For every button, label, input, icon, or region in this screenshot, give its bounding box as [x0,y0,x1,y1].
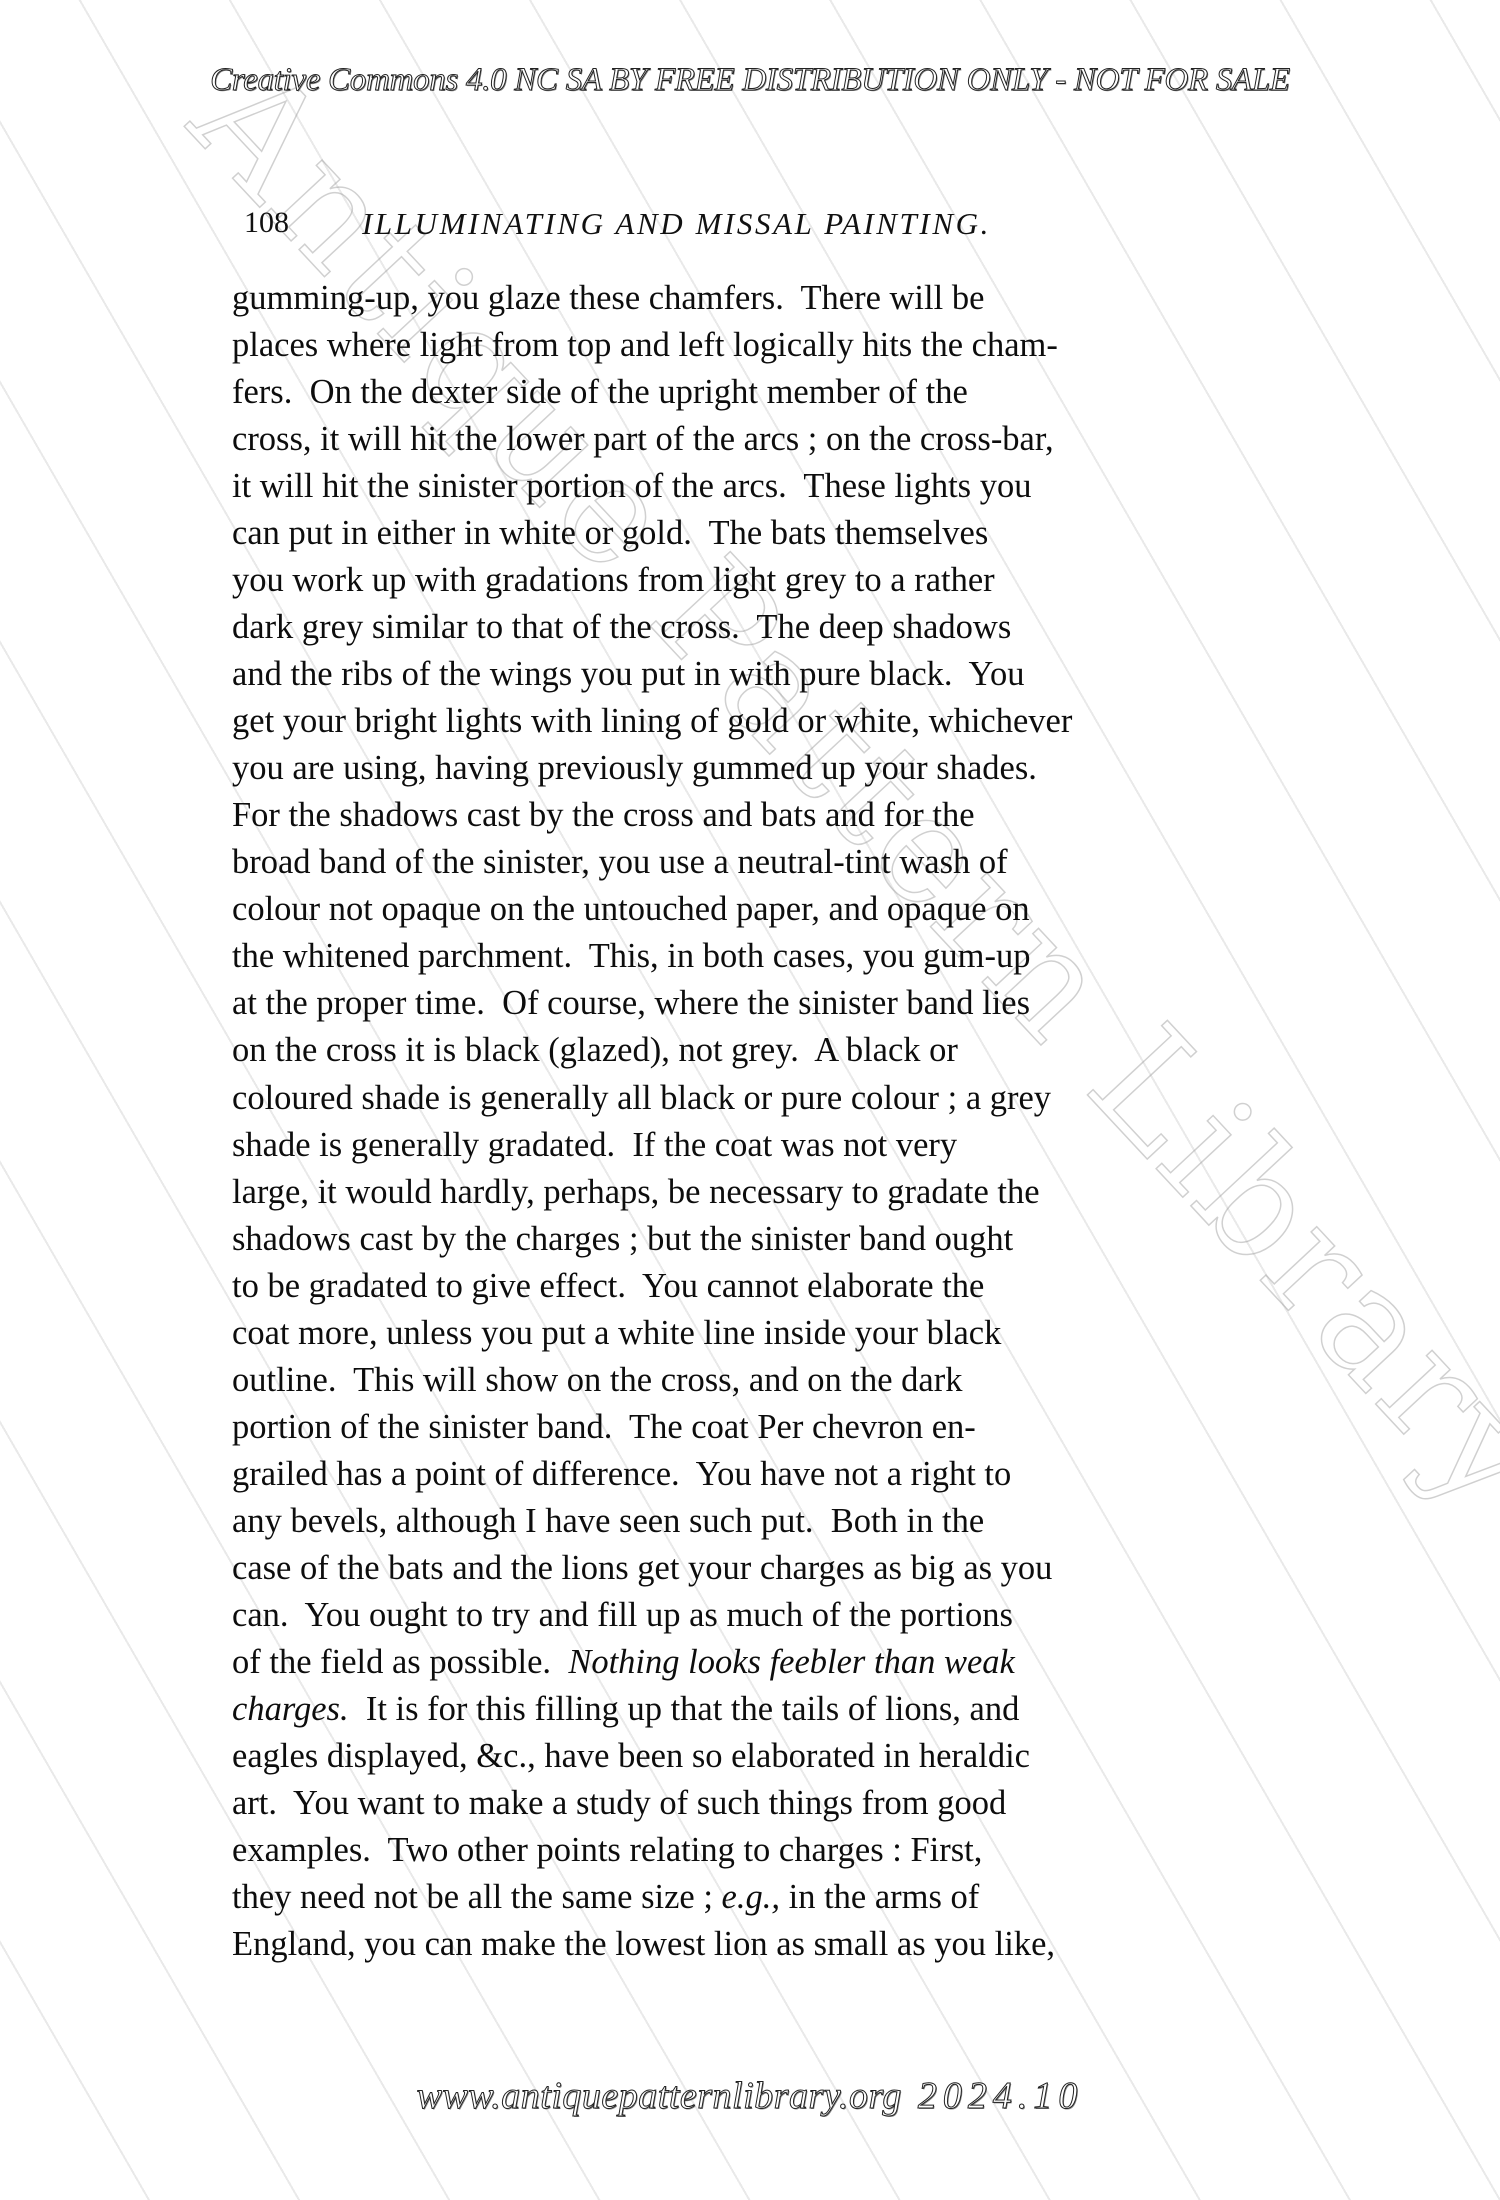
line-text: shade is generally gradated. If the coat… [232,1126,957,1164]
line-text: It is for this filling up that the tails… [349,1690,1020,1728]
text-line: art. You want to make a study of such th… [232,1783,1254,1830]
text-line: case of the bats and the lions get your … [232,1548,1254,1595]
line-text: examples. Two other points relating to c… [232,1831,982,1869]
line-text: of the field as possible. [232,1643,568,1681]
line-text: gumming-up, you glaze these chamfers. Th… [232,279,984,317]
line-text: coloured shade is generally all black or… [232,1079,1051,1117]
text-line: colour not opaque on the untouched paper… [232,889,1254,936]
text-line: examples. Two other points relating to c… [232,1830,1254,1877]
line-text: places where light from top and left log… [232,326,1058,364]
license-banner: Creative Commons 4.0 NC SA BY FREE DISTR… [0,62,1500,99]
line-text: it will hit the sinister portion of the … [232,467,1031,505]
text-line: they need not be all the same size ; e.g… [232,1877,1254,1924]
text-line: the whitened parchment. This, in both ca… [232,936,1254,983]
text-line: it will hit the sinister portion of the … [232,466,1254,513]
text-line: on the cross it is black (glazed), not g… [232,1030,1254,1077]
line-text: coat more, unless you put a white line i… [232,1314,1001,1352]
running-head: 108 ILLUMINATING AND MISSAL PAINTING. [0,206,1500,246]
text-line: you are using, having previously gummed … [232,748,1254,795]
line-text: portion of the sinister band. The coat P… [232,1408,976,1446]
line-text: the whitened parchment. This, in both ca… [232,937,1030,975]
line-text: case of the bats and the lions get your … [232,1549,1052,1587]
text-line: portion of the sinister band. The coat P… [232,1407,1254,1454]
italic-text: Nothing looks feebler than weak [568,1643,1015,1681]
line-text: cross, it will hit the lower part of the… [232,420,1054,458]
text-line: large, it would hardly, perhaps, be nece… [232,1172,1254,1219]
text-line: outline. This will show on the cross, an… [232,1360,1254,1407]
text-line: at the proper time. Of course, where the… [232,983,1254,1030]
text-line: to be gradated to give effect. You canno… [232,1266,1254,1313]
page-number: 108 [244,206,289,240]
footer: www.antiquepatternlibrary.org2024.10 [0,2074,1500,2118]
document-page: Antique Pattern Library Creative Commons… [0,0,1500,2200]
line-text: fers. On the dexter side of the upright … [232,373,968,411]
italic-text: e.g., [722,1878,780,1916]
line-text: you are using, having previously gummed … [232,749,1037,787]
running-title: ILLUMINATING AND MISSAL PAINTING. [362,206,991,242]
line-text: get your bright lights with lining of go… [232,702,1072,740]
text-line: can. You ought to try and fill up as muc… [232,1595,1254,1642]
text-line: you work up with gradations from light g… [232,560,1254,607]
line-text: on the cross it is black (glazed), not g… [232,1031,958,1069]
text-line: fers. On the dexter side of the upright … [232,372,1254,419]
text-line: coloured shade is generally all black or… [232,1078,1254,1125]
text-line: shade is generally gradated. If the coat… [232,1125,1254,1172]
text-line: England, you can make the lowest lion as… [232,1924,1254,1971]
text-line: of the field as possible. Nothing looks … [232,1642,1254,1689]
line-text: in the arms of [780,1878,979,1916]
text-line: dark grey similar to that of the cross. … [232,607,1254,654]
line-text: broad band of the sinister, you use a ne… [232,843,1008,881]
line-text: England, you can make the lowest lion as… [232,1925,1055,1963]
line-text: you work up with gradations from light g… [232,561,995,599]
line-text: eagles displayed, &c., have been so elab… [232,1737,1030,1775]
text-line: any bevels, although I have seen such pu… [232,1501,1254,1548]
text-line: charges. It is for this filling up that … [232,1689,1254,1736]
line-text: art. You want to make a study of such th… [232,1784,1006,1822]
text-line: places where light from top and left log… [232,325,1254,372]
footer-url: www.antiquepatternlibrary.org [417,2075,902,2117]
text-line: and the ribs of the wings you put in wit… [232,654,1254,701]
line-text: grailed has a point of difference. You h… [232,1455,1011,1493]
line-text: to be gradated to give effect. You canno… [232,1267,984,1305]
text-line: grailed has a point of difference. You h… [232,1454,1254,1501]
text-line: cross, it will hit the lower part of the… [232,419,1254,466]
line-text: any bevels, although I have seen such pu… [232,1502,984,1540]
text-line: get your bright lights with lining of go… [232,701,1254,748]
text-line: can put in either in white or gold. The … [232,513,1254,560]
line-text: can put in either in white or gold. The … [232,514,988,552]
line-text: dark grey similar to that of the cross. … [232,608,1011,646]
text-line: coat more, unless you put a white line i… [232,1313,1254,1360]
line-text: For the shadows cast by the cross and ba… [232,796,975,834]
italic-text: charges. [232,1690,349,1728]
line-text: shadows cast by the charges ; but the si… [232,1220,1013,1258]
line-text: large, it would hardly, perhaps, be nece… [232,1173,1040,1211]
footer-date: 2024.10 [918,2075,1084,2117]
line-text: they need not be all the same size ; [232,1878,722,1916]
text-line: For the shadows cast by the cross and ba… [232,795,1254,842]
text-line: eagles displayed, &c., have been so elab… [232,1736,1254,1783]
line-text: at the proper time. Of course, where the… [232,984,1030,1022]
text-line: broad band of the sinister, you use a ne… [232,842,1254,889]
line-text: and the ribs of the wings you put in wit… [232,655,1024,693]
line-text: can. You ought to try and fill up as muc… [232,1596,1013,1634]
text-line: gumming-up, you glaze these chamfers. Th… [232,278,1254,325]
text-line: shadows cast by the charges ; but the si… [232,1219,1254,1266]
line-text: colour not opaque on the untouched paper… [232,890,1030,928]
line-text: outline. This will show on the cross, an… [232,1361,962,1399]
